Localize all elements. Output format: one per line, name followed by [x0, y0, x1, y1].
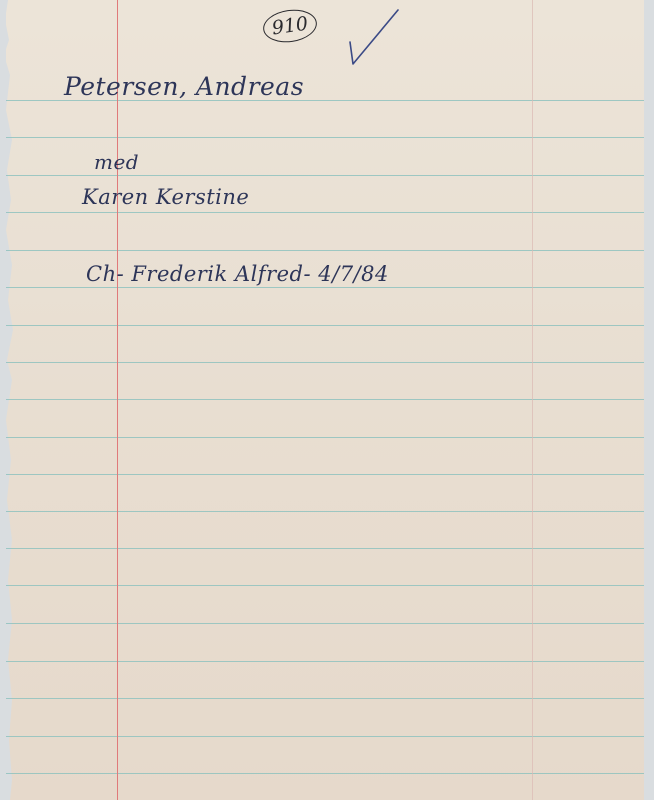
spouse-name: Karen Kerstine: [82, 185, 249, 209]
name-line: Petersen, Andreas: [64, 72, 304, 101]
check-mark-icon: [344, 8, 400, 66]
right-margin-line: [532, 0, 533, 800]
card-number: 910: [271, 13, 310, 40]
torn-edge: [0, 0, 14, 800]
spouse-prefix: med: [94, 150, 139, 174]
child-line: Ch- Frederik Alfred- 4/7/84: [86, 262, 389, 286]
lined-paper-sheet: [6, 0, 644, 800]
left-margin-line: [117, 0, 118, 800]
